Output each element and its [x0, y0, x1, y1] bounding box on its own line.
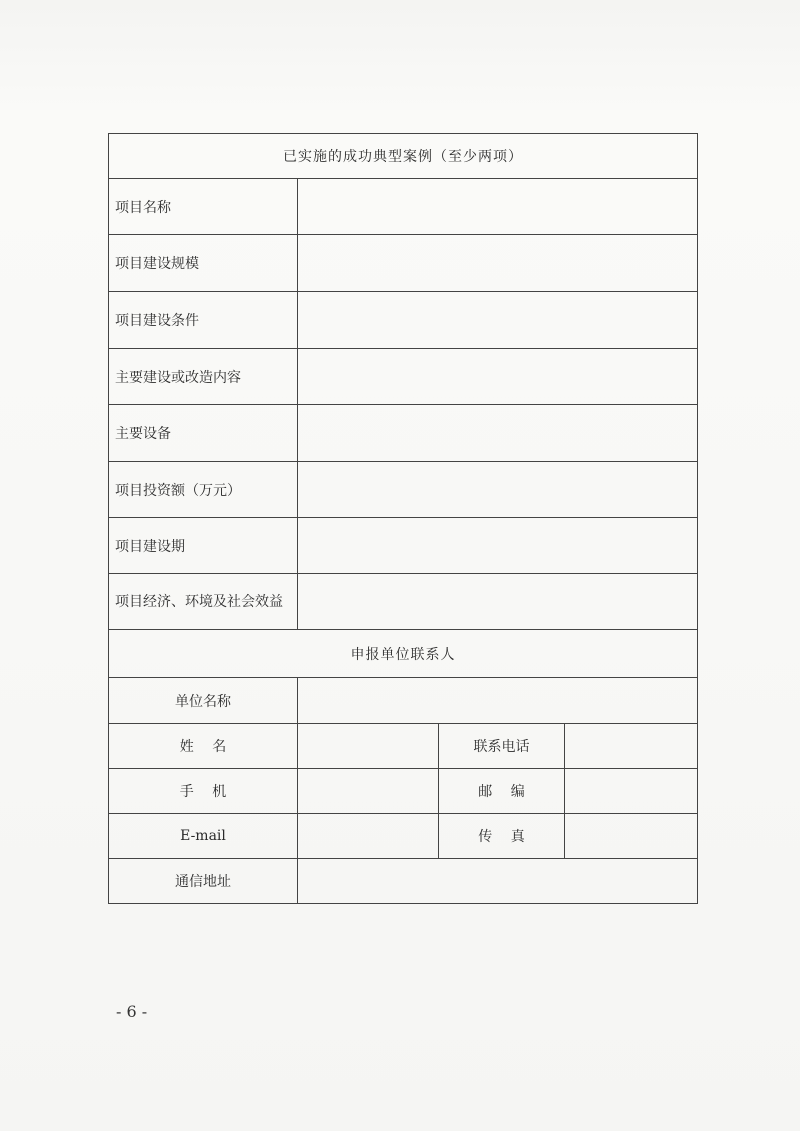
label-project-conditions: 项目建设条件 [109, 292, 298, 349]
field-project-name[interactable] [298, 179, 698, 235]
document-page: 已实施的成功典型案例（至少两项） 项目名称 项目建设规模 项目建设条件 主要建设… [0, 0, 800, 1131]
label-main-equipment: 主要设备 [109, 405, 298, 462]
page-number: - 6 - [116, 1002, 147, 1021]
section-title-contact: 申报单位联系人 [109, 630, 698, 678]
field-project-scale[interactable] [298, 235, 698, 292]
field-phone[interactable] [565, 724, 698, 769]
label-unit-name: 单位名称 [109, 678, 298, 724]
label-phone: 联系电话 [439, 724, 565, 769]
field-benefits[interactable] [298, 574, 698, 630]
field-postcode[interactable] [565, 769, 698, 814]
label-investment: 项目投资额（万元） [109, 462, 298, 518]
section-title-success-cases: 已实施的成功典型案例（至少两项） [109, 134, 698, 179]
label-postcode: 邮 编 [439, 769, 565, 814]
label-address: 通信地址 [109, 859, 298, 904]
field-investment[interactable] [298, 462, 698, 518]
label-email: E-mail [109, 814, 298, 859]
label-project-scale: 项目建设规模 [109, 235, 298, 292]
field-main-equipment[interactable] [298, 405, 698, 462]
field-unit-name[interactable] [298, 678, 698, 724]
label-fax: 传 真 [439, 814, 565, 859]
label-construction-period: 项目建设期 [109, 518, 298, 574]
label-project-name: 项目名称 [109, 179, 298, 235]
field-fax[interactable] [565, 814, 698, 859]
label-main-content: 主要建设或改造内容 [109, 349, 298, 405]
label-benefits: 项目经济、环境及社会效益 [109, 574, 298, 630]
field-construction-period[interactable] [298, 518, 698, 574]
field-main-content[interactable] [298, 349, 698, 405]
field-address[interactable] [298, 859, 698, 904]
field-project-conditions[interactable] [298, 292, 698, 349]
field-mobile[interactable] [298, 769, 439, 814]
label-mobile: 手 机 [109, 769, 298, 814]
field-name[interactable] [298, 724, 439, 769]
label-name: 姓 名 [109, 724, 298, 769]
field-email[interactable] [298, 814, 439, 859]
application-form-table: 已实施的成功典型案例（至少两项） 项目名称 项目建设规模 项目建设条件 主要建设… [108, 133, 698, 904]
